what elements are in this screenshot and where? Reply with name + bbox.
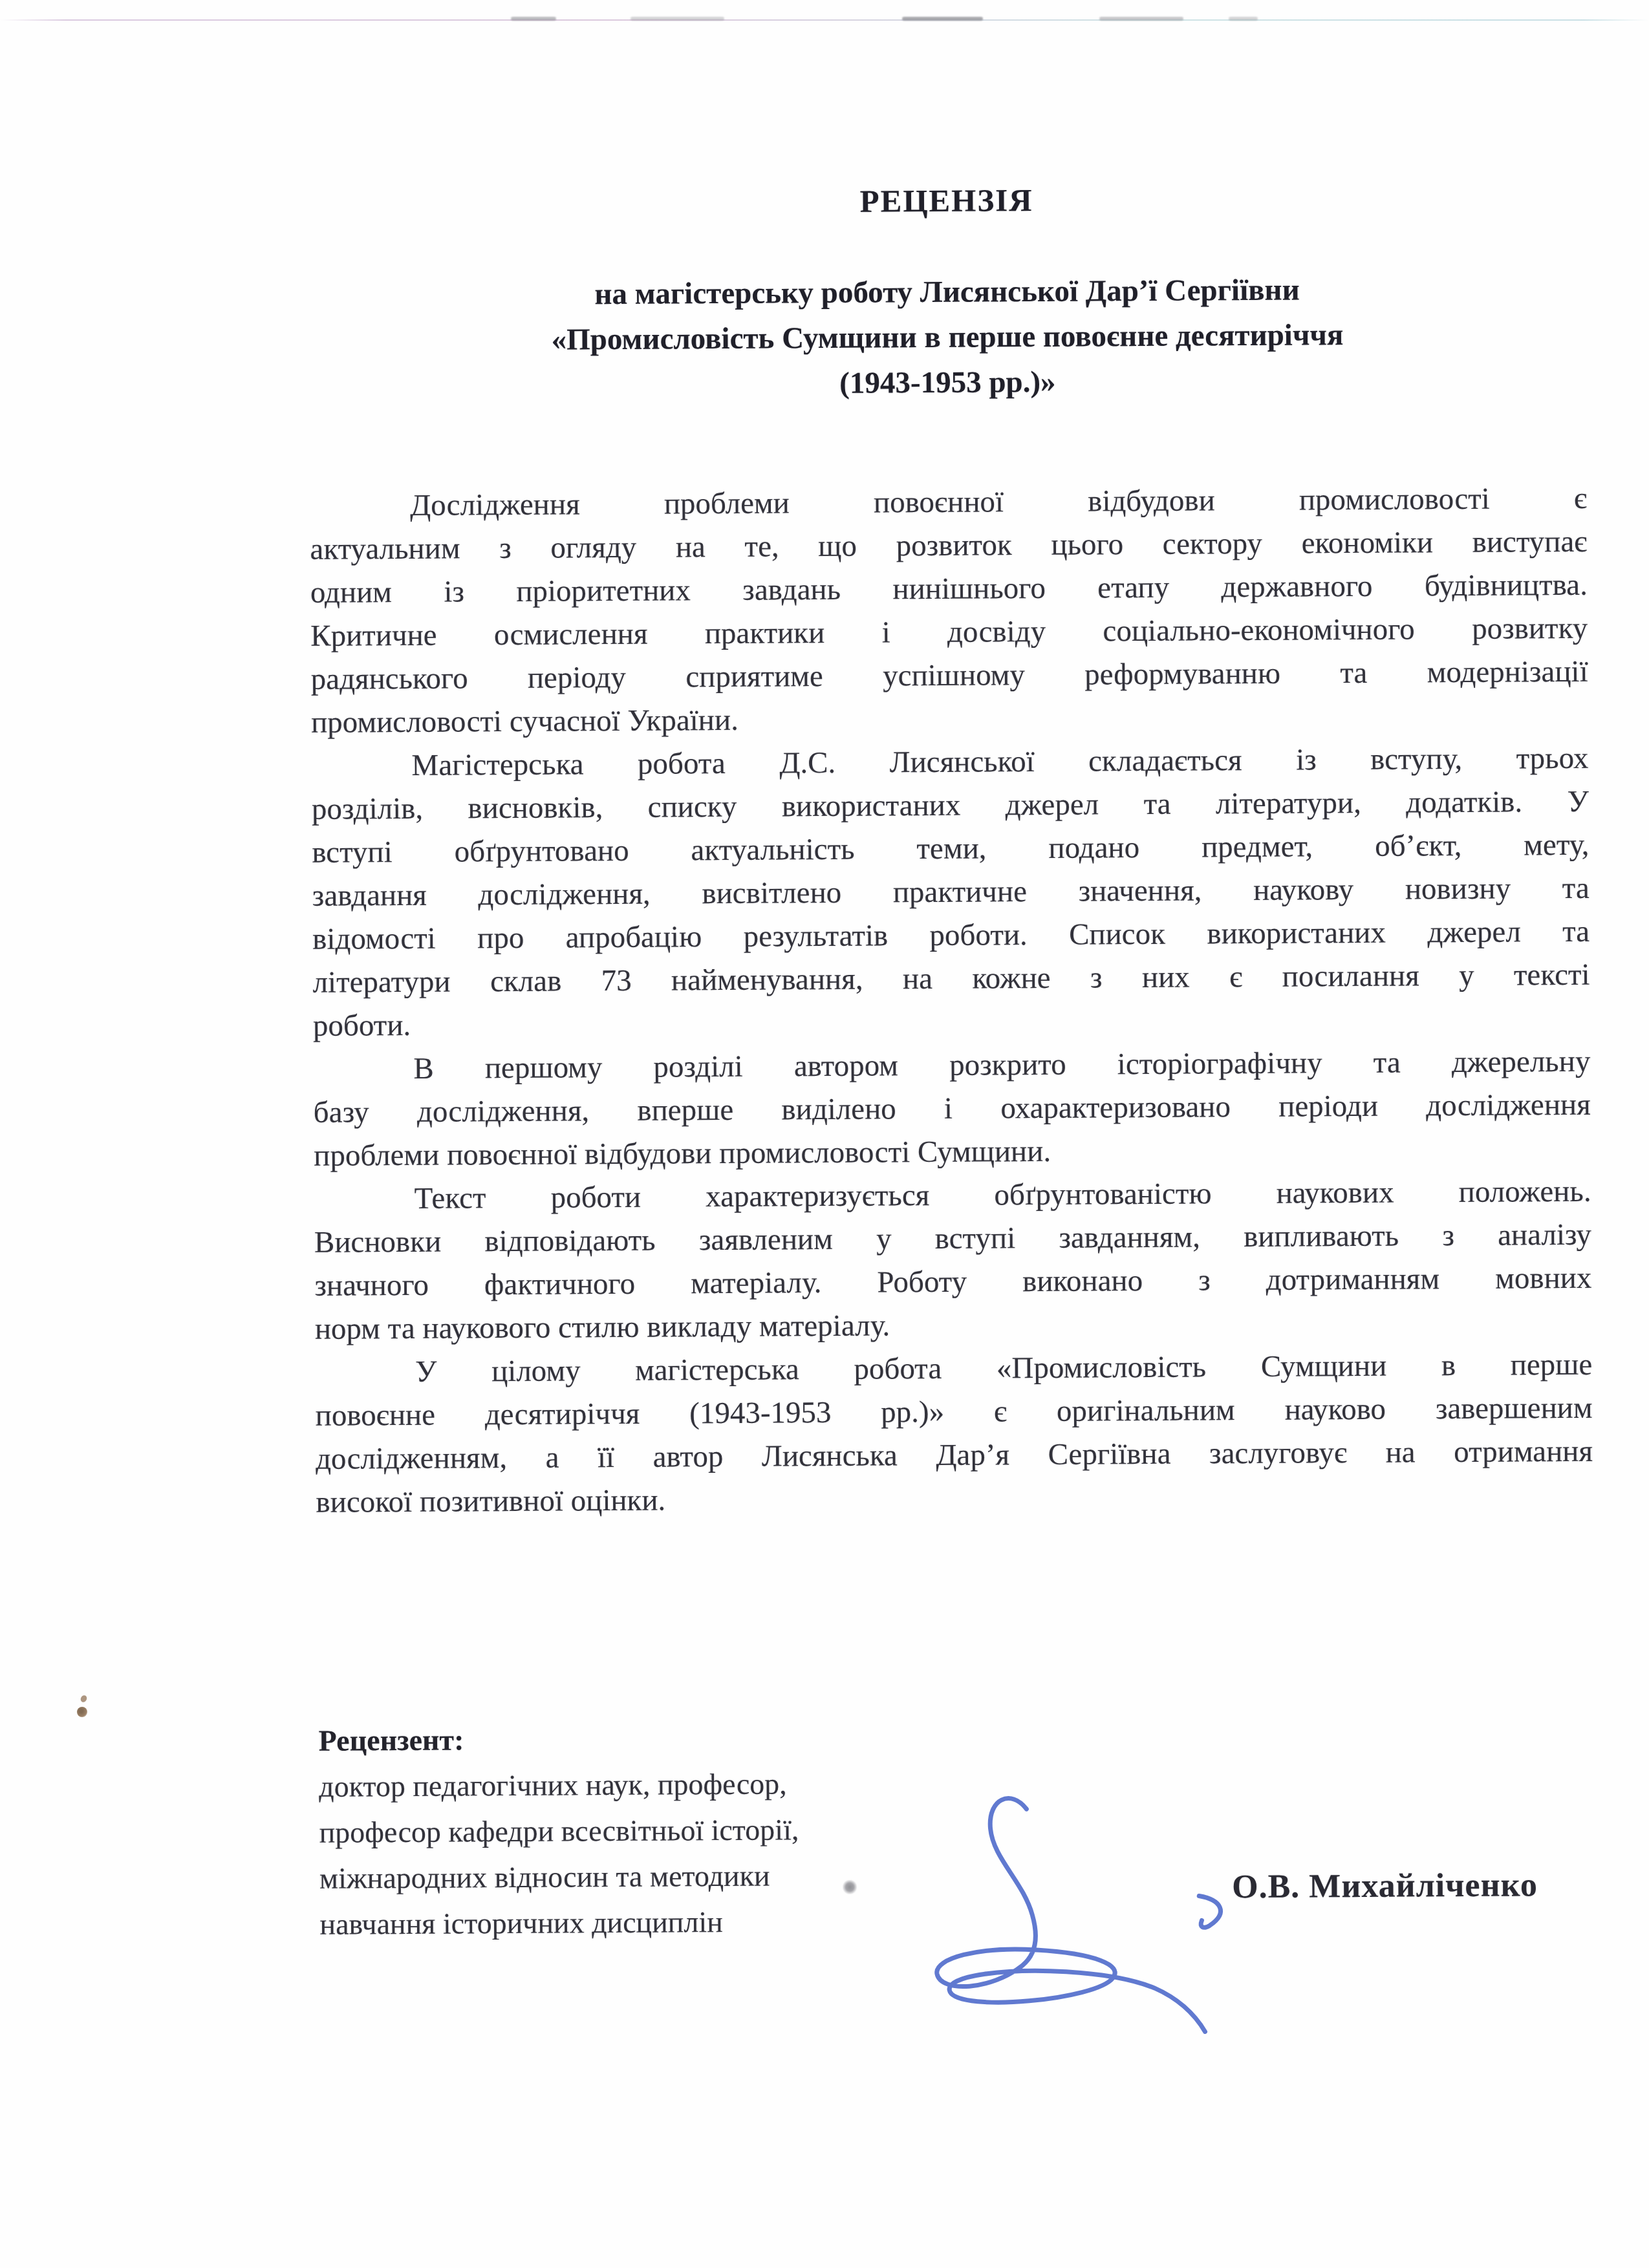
- text-line: радянського періоду сприятиме успішному …: [310, 650, 1588, 701]
- text-line: високої позитивної оцінки.: [316, 1473, 1593, 1524]
- text-line: норм та наукового стилю викладу матеріал…: [315, 1300, 1592, 1351]
- reviewer-name: О.В. Михайліченко: [1232, 1866, 1538, 1906]
- review-title: РЕЦЕНЗІЯ: [308, 178, 1585, 223]
- text-line: промисловості сучасної України.: [311, 694, 1588, 745]
- text-line: актуальним з огляду на те, що розвиток ц…: [310, 520, 1587, 572]
- text-line: завдання дослідження, висвітлено практич…: [312, 867, 1590, 918]
- ink-speck: [843, 1880, 857, 1894]
- review-body: Дослідження проблеми повоєнної відбудови…: [310, 477, 1593, 1524]
- text-line: Магістерська робота Д.С. Лисянської скла…: [311, 737, 1588, 788]
- subtitle-line-1: на магістерську роботу Лисянської Дар’ї …: [308, 266, 1586, 319]
- reviewer-label: Рецензент:: [319, 1713, 1159, 1764]
- scanned-review-page: РЕЦЕНЗІЯ на магістерську роботу Лисянськ…: [0, 0, 1649, 2268]
- text-line: Текст роботи характеризується обґрунтова…: [314, 1170, 1591, 1221]
- text-line: вступі обґрунтовано актуальність теми, п…: [312, 824, 1589, 875]
- text-line: дослідженням, а її автор Лисянська Дар’я…: [316, 1430, 1593, 1481]
- text-line: розділів, висновків, списку використаних…: [312, 780, 1589, 831]
- text-line: літератури склав 73 найменування, на кож…: [312, 954, 1590, 1005]
- signature-scribble: [900, 1793, 1250, 2054]
- text-line: В першому розділі автором розкрито істор…: [313, 1040, 1590, 1091]
- text-line: роботи.: [313, 997, 1590, 1048]
- text-line: повоєнне десятиріччя (1943-1953 рр.)» є …: [315, 1387, 1592, 1438]
- text-line: проблеми повоєнної відбудови промисловос…: [314, 1127, 1591, 1178]
- text-line: відомості про апробацію результатів робо…: [312, 910, 1590, 961]
- subtitle-line-3: (1943-1953 рр.)»: [309, 356, 1586, 409]
- subtitle-line-2: «Промисловість Сумщини в перше повоєнне …: [308, 311, 1586, 364]
- text-line: Дослідження проблеми повоєнної відбудови…: [310, 477, 1587, 528]
- thesis-subtitle: на магістерську роботу Лисянської Дар’ї …: [308, 266, 1586, 409]
- text-line: значного фактичного матеріалу. Роботу ви…: [314, 1257, 1591, 1308]
- text-line: У цілому магістерська робота «Промислові…: [315, 1343, 1592, 1395]
- text-line: базу дослідження, вперше виділено і охар…: [314, 1084, 1591, 1135]
- text-line: Висновки відповідають заявленим у вступі…: [314, 1214, 1591, 1265]
- text-line: Критичне осмислення практики і досвіду с…: [310, 607, 1588, 658]
- text-line: одним із пріоритетних завдань нинішнього…: [310, 564, 1588, 615]
- document-content: РЕЦЕНЗІЯ на магістерську роботу Лисянськ…: [0, 0, 1649, 2268]
